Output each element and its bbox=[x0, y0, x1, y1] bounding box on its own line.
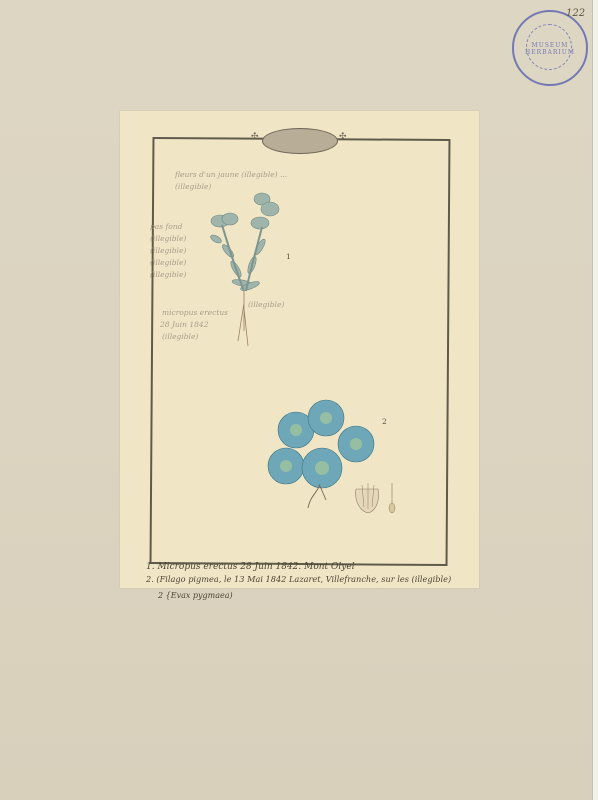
sheet-edge bbox=[592, 0, 598, 800]
plant-illustration-1 bbox=[200, 191, 290, 351]
herbarium-stamp: MUSEUM HERBARIUM bbox=[512, 10, 588, 86]
ornament-icon: ✣ bbox=[339, 132, 347, 142]
botanical-plate: ✣ ✣ fleurs d'un jaune (illegible) ... (i… bbox=[120, 111, 479, 588]
figure-label-1: 1 bbox=[286, 251, 291, 263]
sheet-number: 122 bbox=[566, 8, 585, 19]
stamp-text: MUSEUM HERBARIUM bbox=[514, 42, 586, 56]
figure-label-2: 2 bbox=[382, 416, 387, 428]
dissection-detail bbox=[352, 481, 402, 521]
title-cartouche bbox=[262, 128, 338, 154]
pencil-note-left: pas fond (illegible) (illegible) (illegi… bbox=[150, 221, 198, 281]
sheet-annotation: 2 {Evax pygmaea) bbox=[158, 591, 233, 600]
pencil-note-top: fleurs d'un jaune (illegible) ... (illeg… bbox=[175, 169, 325, 193]
caption-line-1: 1. Micropus erectus 28 Juin 1842. Mont O… bbox=[146, 562, 355, 572]
pencil-place-note: (illegible) bbox=[162, 331, 198, 343]
caption-line-2: 2. (Filago pigmea, le 13 Mai 1842 Lazare… bbox=[146, 574, 451, 584]
ornament-icon: ✣ bbox=[251, 132, 259, 142]
